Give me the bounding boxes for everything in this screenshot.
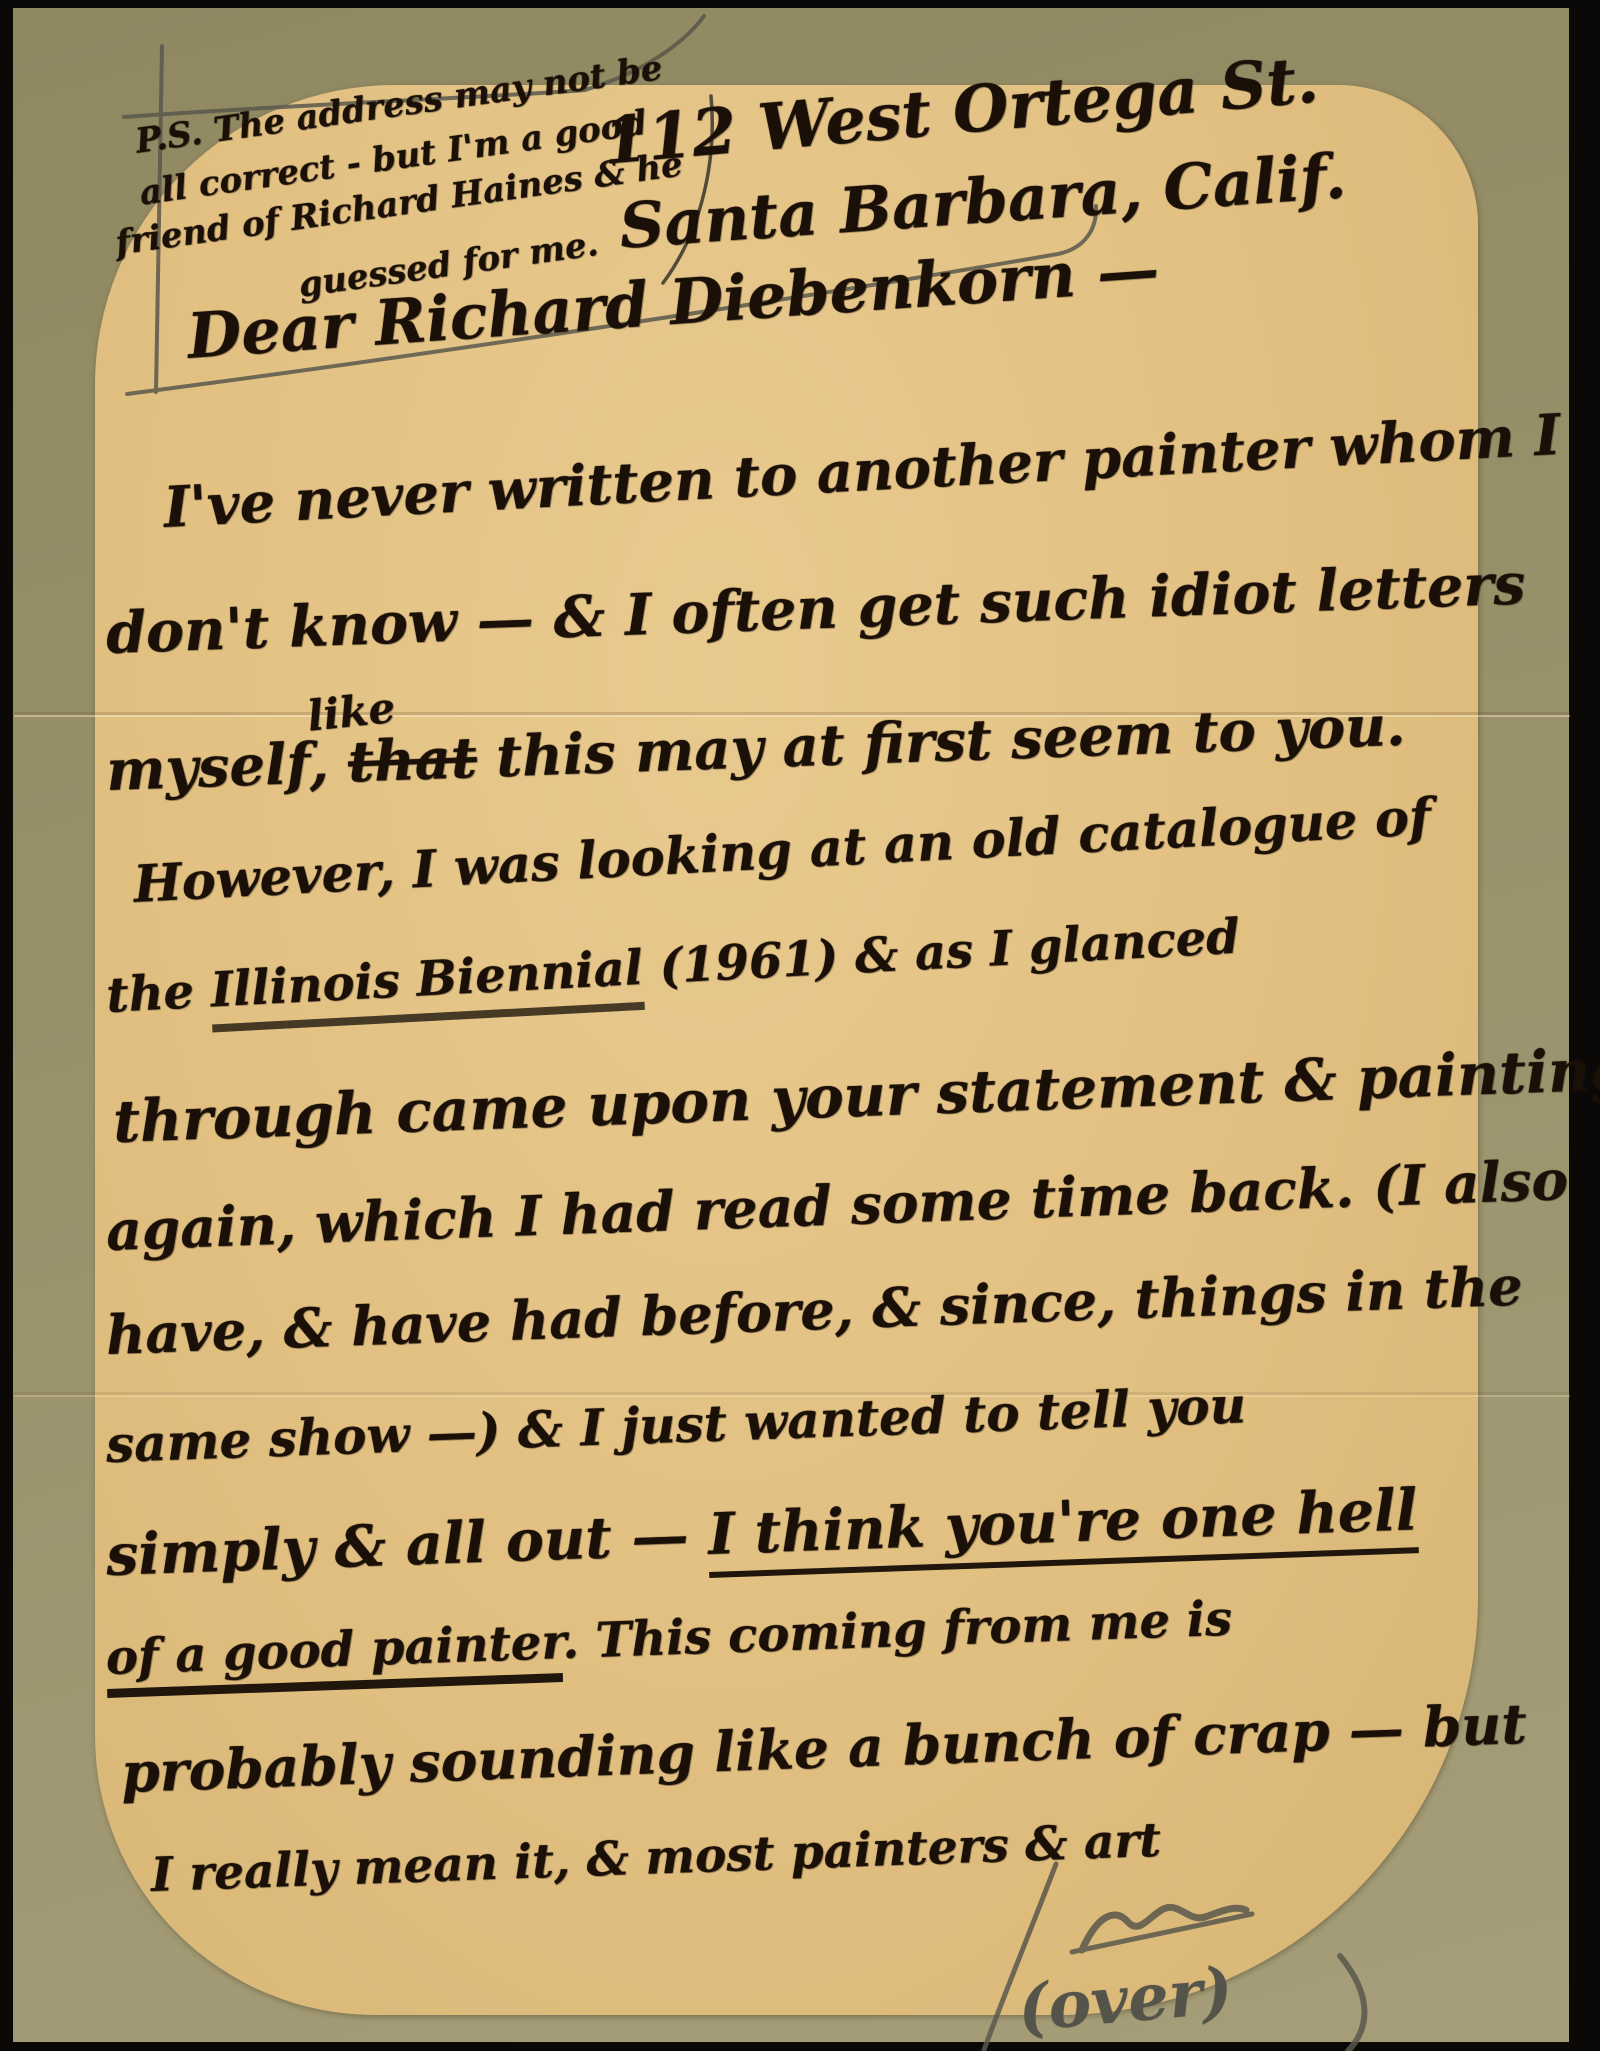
body-line-3-inserted-word: like [305, 683, 397, 741]
body-line-3-pre: myself, [105, 730, 349, 804]
letter-scan: P.S. The address may not be all correct … [0, 0, 1600, 2051]
body-line-3-struck-word: that [347, 725, 478, 795]
body-line-5-pre: the [105, 963, 212, 1024]
